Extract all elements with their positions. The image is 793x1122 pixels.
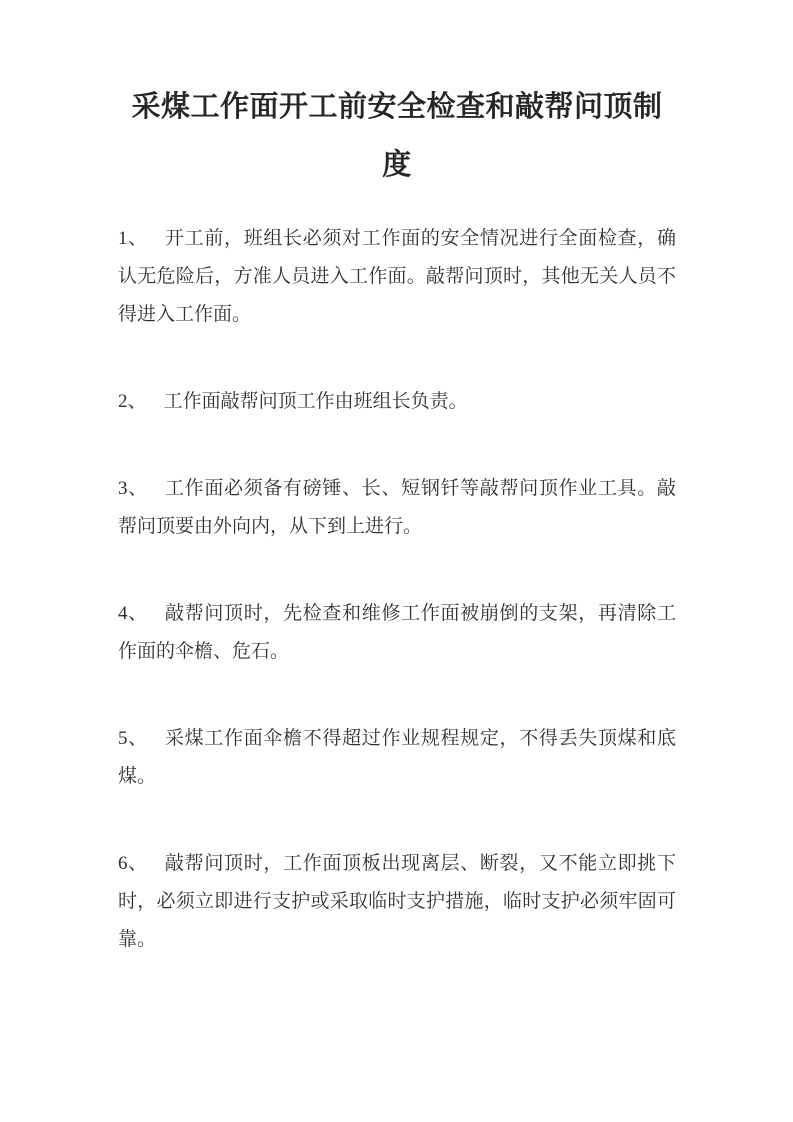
paragraph-5-text: 采煤工作面伞檐不得超过作业规程规定，不得丢失顶煤和底煤。	[118, 728, 676, 787]
paragraph-4-text: 敲帮问顶时，先检查和维修工作面被崩倒的支架，再清除工作面的伞檐、危石。	[118, 603, 676, 662]
document-page: 采煤工作面开工前安全检查和敲帮问顶制度 1、开工前，班组长必须对工作面的安全情况…	[0, 0, 793, 1122]
paragraph-5-number: 5、	[118, 728, 148, 749]
paragraph-6: 6、敲帮问顶时，工作面顶板出现离层、断裂，又不能立即挑下时，必须立即进行支护或采…	[118, 845, 676, 959]
document-title: 采煤工作面开工前安全检查和敲帮问顶制度	[127, 78, 667, 194]
paragraph-6-text: 敲帮问顶时，工作面顶板出现离层、断裂，又不能立即挑下时，必须立即进行支护或采取临…	[118, 853, 676, 950]
paragraph-1-text: 开工前，班组长必须对工作面的安全情况进行全面检查，确认无危险后，方准人员进入工作…	[118, 228, 676, 325]
paragraph-3-number: 3、	[118, 478, 148, 499]
paragraph-3-text: 工作面必须备有磅锤、长、短钢钎等敲帮问顶作业工具。敲帮问顶要由外向内，从下到上进…	[118, 478, 676, 537]
paragraph-2-number: 2、	[118, 391, 147, 412]
paragraph-6-number: 6、	[118, 853, 148, 874]
paragraph-2: 2、工作面敲帮问顶工作由班组长负责。	[118, 383, 676, 421]
paragraph-3: 3、工作面必须备有磅锤、长、短钢钎等敲帮问顶作业工具。敲帮问顶要由外向内，从下到…	[118, 470, 676, 546]
paragraph-4-number: 4、	[118, 603, 148, 624]
paragraph-1-number: 1、	[118, 228, 148, 249]
paragraph-5: 5、采煤工作面伞檐不得超过作业规程规定，不得丢失顶煤和底煤。	[118, 720, 676, 796]
paragraph-1: 1、开工前，班组长必须对工作面的安全情况进行全面检查，确认无危险后，方准人员进入…	[118, 220, 676, 334]
paragraph-2-text: 工作面敲帮问顶工作由班组长负责。	[164, 391, 468, 412]
paragraph-4: 4、敲帮问顶时，先检查和维修工作面被崩倒的支架，再清除工作面的伞檐、危石。	[118, 595, 676, 671]
